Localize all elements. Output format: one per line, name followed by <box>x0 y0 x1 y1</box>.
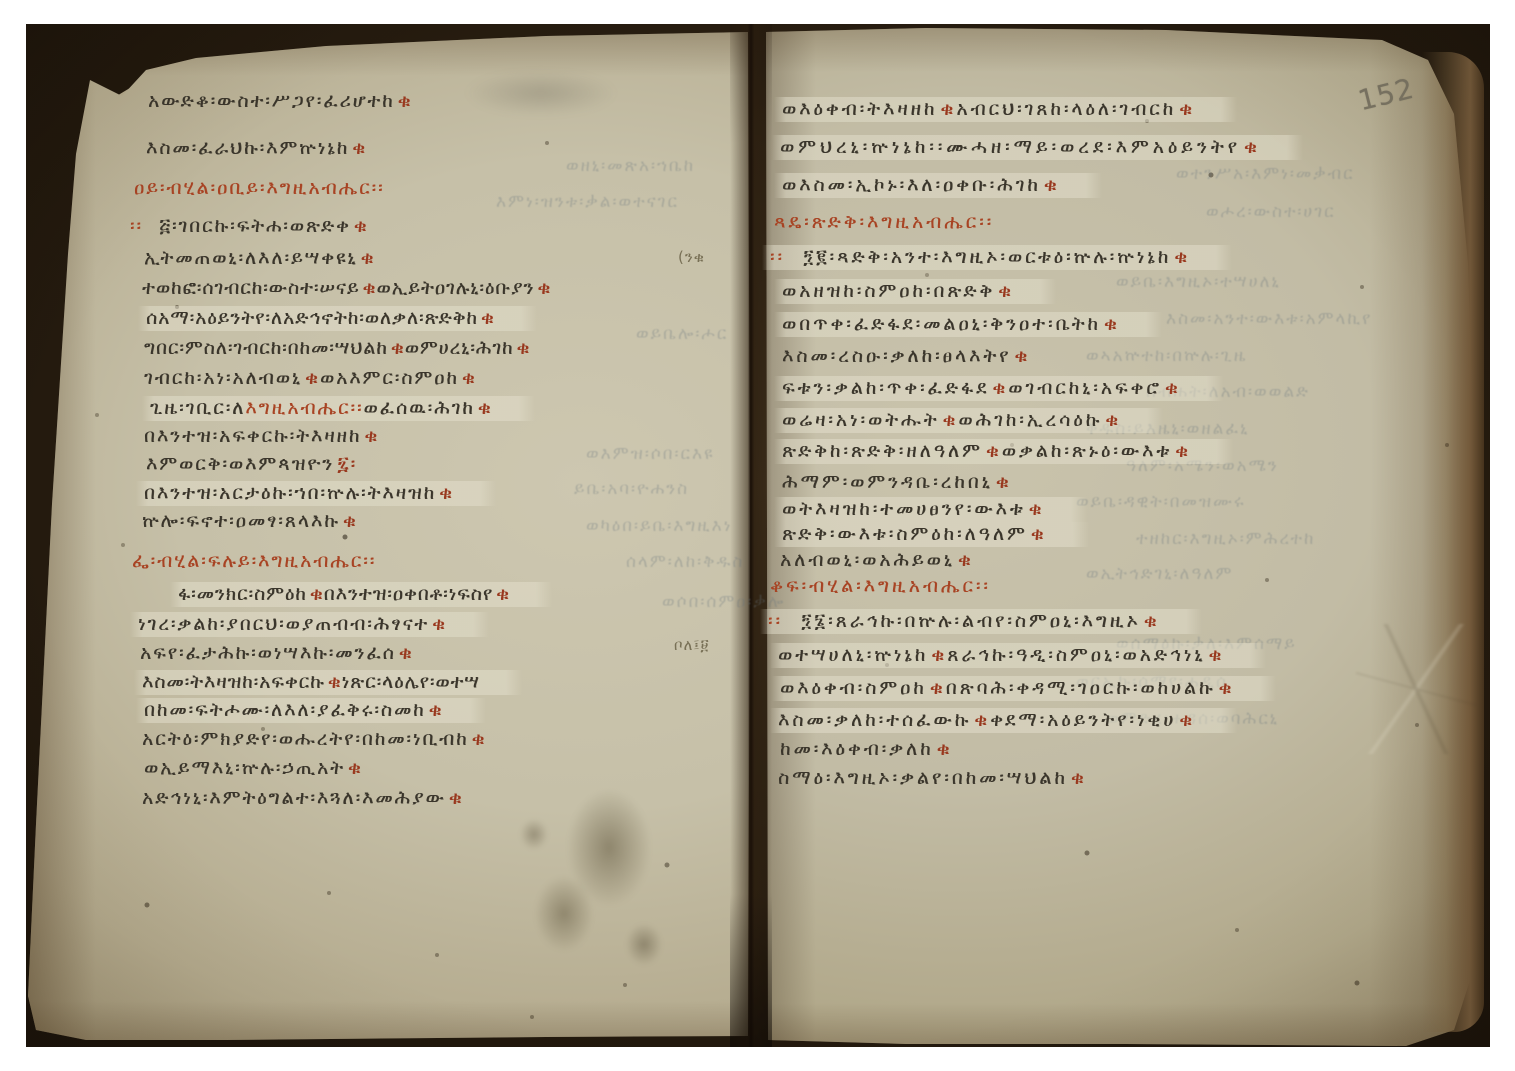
ink-text: ወቃልከ፡ጽኑዕ፡ውእቱ <box>1002 440 1172 462</box>
manuscript-text-line: በእንተዝ፡አፍቀርኩ፡ትእዛዘከቁ <box>144 427 379 446</box>
rubric-end-mark: ቁ <box>937 98 956 120</box>
manuscript-text-line: በእንተዝ፡አርታዕኩ፡ኀበ፡ኵሉ፡ትእዛዝከቁ <box>136 481 496 506</box>
bleedthrough-line: ይቤ፡አባ፡ዮሐንስ <box>574 479 689 499</box>
manuscript-text-line: ሕማም፡ወምንዳቤ፡ረከበኒቁ <box>782 473 1012 492</box>
rubric-end-mark: ቁ <box>993 471 1012 493</box>
rubric-end-mark: ቁ <box>1172 440 1191 462</box>
ink-text: ፺፮፡ጸራኅኩ፡በኵሉ፡ልብየ፡ስምዐኒ፡እግዚኦ <box>801 610 1141 632</box>
ink-text: በከመ፡ፍትሖሙ፡ለእለ፡ያፈቅሩ፡ስመከ <box>144 699 426 721</box>
speckles <box>26 24 28 26</box>
manuscript-text-line: ኵሎ፡ፍኖተ፡ዐመፃ፡ጸላእኩቁ <box>142 512 358 531</box>
ink-text: በጽባሕ፡ቀዳሚ፡ገዐርኩ፡ወከሀልኩ <box>946 677 1216 699</box>
ink-text: ወአዘዝከ፡ስምዐከ፡በጽድቅ <box>782 280 995 302</box>
manuscript-text-line: ፋ፡መንክር፡ስምዕከቁበእንተዝ፡ዐቀበቶ፡ነፍስየቁ <box>170 582 552 607</box>
manuscript-text-line: እስመ፡ትእዛዝከ፡አፍቀርኩቁነጽር፡ላዕሌየ፡ወተሣ <box>134 670 522 695</box>
rubric-end-mark: ቁ <box>307 583 324 605</box>
manuscript-text-line: ኢትመጠወኒ፡ለእለ፡ይሣቀዩኒቁ <box>144 249 376 268</box>
manuscript-text-line: ወምህረኒ፡ኵነኔከ፡፡ሙሓዘ፡ማይ፡ወረደ፡እምአዕይንትየቁ <box>772 135 1303 160</box>
manuscript-text-line: ፌ፡ብሂል፡ፍሉይ፡እግዚአብሔር፡፡ <box>132 552 376 571</box>
ink-text: ፺፪፡ጻድቅ፡አንተ፡እግዚኦ፡ወርቱዕ፡ኵሉ፡ኵነኔከ <box>803 246 1171 268</box>
ink-text: ሕማም፡ወምንዳቤ፡ረከበኒ <box>782 471 993 493</box>
ink-text: ወፈሰዉ፡ሕገከ <box>364 397 475 419</box>
rubric-end-mark: ቁ <box>429 613 447 635</box>
ink-text: ጸራኅኩ፡ዓዲ፡ስምዐኒ፡ወአድኅነኒ <box>947 644 1205 666</box>
ink-text: አለብወኒ፡ወአሕይወኒ <box>780 549 955 571</box>
ink-text: ስማዕ፡እግዚኦ፡ቃልየ፡በከመ፡ሣህልከ <box>778 767 1068 789</box>
ink-text: ወእስመ፡ኢኮኑ፡እለ፡ዐቀቡ፡ሕገከ <box>782 174 1041 196</box>
manuscript-text-line: ወሬዛ፡አነ፡ወትሑትቁወሕገከ፡ኢረሳዕኩቁ <box>774 408 1163 433</box>
ink-text: ጽድቅከ፡ጽድቅ፡ዘለዓለም <box>782 440 983 462</box>
bleedthrough-line: እስመ፡አንተ፡ውእቱ፡አምላኪየ <box>1166 309 1372 329</box>
manuscript-text-line: እስመ፡ረስዑ፡ቃለከ፡ፀላእትየቁ <box>782 347 1030 366</box>
rubric-end-mark: ቁ <box>340 510 358 532</box>
rubric-end-mark: ቁ <box>1101 313 1120 335</box>
rubric-end-mark: ቁ <box>475 397 493 419</box>
rubric-text: ጻዴ፡ጽድቅ፡እግዚአብሔር፡፡ <box>774 211 994 233</box>
rubric-end-mark: ቁ <box>928 644 947 666</box>
rubric-end-mark: ቁ <box>361 425 379 447</box>
ink-text: ተወከፎ፡ሰገብርከ፡ውስተ፡ሠናይ <box>142 277 360 299</box>
manuscript-text-line: ወእዕቀብ፡ትእዛዘከቁአብርህ፡ገጸከ፡ላዕለ፡ገብርከቁ <box>774 97 1237 122</box>
ink-text: አፍየ፡ፈታሕኩ፡ወነሣእኩ፡መንፈሰ <box>140 642 396 664</box>
ink-text: በእንተዝ፡ዐቀበቶ፡ነፍስየ <box>324 583 493 605</box>
ink-text: ወምህረኒ፡ኵነኔከ፡፡ሙሓዘ፡ማይ፡ወረደ፡እምአዕይንትየ <box>780 136 1241 158</box>
ink-text: ቀደማ፡አዕይንትየ፡ነቂሀ <box>990 709 1176 731</box>
margin-note: (ንቁ <box>678 248 705 266</box>
rubric-text: ፡፡ <box>130 215 159 237</box>
bleedthrough-line: ወይቤሎ፡ሖር <box>636 324 728 344</box>
bleedthrough-line: ወኣአኵተከ፡በኵሉ፡ጊዜ <box>1086 346 1247 366</box>
ink-text: ሰአማ፡አዕይንትየ፡ለአድኅኖትከ፡ወለቃለ፡ጽድቅከ <box>146 307 478 329</box>
ink-text: በእንተዝ፡አፍቀርኩ፡ትእዛዘከ <box>144 425 361 447</box>
margin-note: ቦለ፤፱ <box>674 636 710 654</box>
manuscript-text-line: ጽድቅከ፡ጽድቅ፡ዘለዓለምቁወቃልከ፡ጽኑዕ፡ውእቱቁ <box>774 439 1233 464</box>
ink-text: ወእዕቀብ፡ስምዐከ <box>780 677 927 699</box>
manuscript-text-line: ጽድቅ፡ውእቱ፡ስምዕከ፡ለዓለምቁ <box>774 522 1089 547</box>
rubric-end-mark: ቁ <box>478 307 495 329</box>
manuscript-text-line: ፡፡ ፺፮፡ጸራኅኩ፡በኵሉ፡ልብየ፡ስምዐኒ፡እግዚኦቁ <box>760 609 1202 634</box>
rubric-end-mark: ቁ <box>349 137 367 159</box>
ink-text: እስመ፡ፈራህኩ፡እምኵነኔከ <box>146 137 349 159</box>
rubric-end-mark: ቁ <box>939 409 958 431</box>
rubric-end-mark: ቁ <box>1162 377 1181 399</box>
rubric-end-mark: ቁ <box>1102 409 1121 431</box>
rubric-end-mark: ቁ <box>493 583 510 605</box>
rubric-end-mark: ቁ <box>345 757 363 779</box>
ink-text: ፋ፡መንክር፡ስምዕከ <box>178 583 307 605</box>
rubric-end-mark: ቁ <box>971 709 990 731</box>
ink-text: ወሬዛ፡አነ፡ወትሑት <box>782 409 939 431</box>
ink-text: ወሕገከ፡ኢረሳዕኩ <box>958 409 1102 431</box>
rubric-end-mark: ቁ <box>1041 174 1060 196</box>
bleedthrough-line: እምነ፡ዝንቱ፡ቃል፡ወተናገር <box>496 192 679 212</box>
manuscript-text-line: ፡፡ ፺፪፡ጻድቅ፡አንተ፡እግዚኦ፡ወርቱዕ፡ኵሉ፡ኵነኔከቁ <box>762 245 1232 270</box>
bleedthrough-line: ወተንሥአ፡እምነ፡መቃብር <box>1176 164 1355 184</box>
rubric-end-mark: ቁ <box>358 247 376 269</box>
rubric-end-mark: ቁ <box>396 642 414 664</box>
speckles <box>26 24 28 26</box>
rubric-end-mark: ቁ <box>989 377 1008 399</box>
rubric-end-mark: ቁ <box>1241 136 1261 158</box>
manuscript-text-line: ወእስመ፡ኢኮኑ፡እለ፡ዐቀቡ፡ሕገከቁ <box>774 173 1102 198</box>
bleedthrough-line: ወእምዝ፡ሶበ፡ርእዩ <box>586 444 715 464</box>
manuscript-text-line: ወእዕቀብ፡ስምዐከቁበጽባሕ፡ቀዳሚ፡ገዐርኩ፡ወከሀልኩቁ <box>772 676 1276 701</box>
rubric-end-mark: ቁ <box>927 677 946 699</box>
rubric-text: ፌ፡ብሂል፡ፍሉይ፡እግዚአብሔር፡፡ <box>132 550 376 572</box>
ink-text: ኢትመጠወኒ፡ለእለ፡ይሣቀዩኒ <box>144 247 358 269</box>
ink-text: አብርህ፡ገጸከ፡ላዕለ፡ገብርከ <box>956 98 1176 120</box>
ink-text: ገብርከ፡አነ፡አለብወኒ <box>144 367 302 389</box>
manuscript-text-line: ወተሣሀለኒ፡ኵነኔከቁጸራኅኩ፡ዓዲ፡ስምዐኒ፡ወአድኅነኒቁ <box>770 643 1266 668</box>
manuscript-text-line: አርትዕ፡ምክያድየ፡ወሑረትየ፡በከመ፡ነቢብከቁ <box>142 730 487 749</box>
manuscript-text-line: ግበር፡ምስለ፡ገብርከ፡በከመ፡ሣህልከቁወምሀረኒ፡ሕገከቁ <box>144 339 530 358</box>
manuscript-text-line: ስማዕ፡እግዚኦ፡ቃልየ፡በከመ፡ሣህልከቁ <box>778 769 1087 788</box>
ink-text: ወኢይማእኒ፡ኵሉ፡ኃጢአት <box>144 757 345 779</box>
rubric-end-mark: ቁ <box>1141 610 1160 632</box>
bleedthrough-line: ሰላም፡ለከ፡ቅዱስ <box>626 552 744 572</box>
manuscript-text-line: እስመ፡ቃለከ፡ተሰፈውኩቁቀደማ፡አዕይንትየ፡ነቂሀቁ <box>770 708 1237 733</box>
manuscript-text-line: በከመ፡ፍትሖሙ፡ለእለ፡ያፈቅሩ፡ስመከቁ <box>136 698 486 723</box>
ink-text: ነገረ፡ቃልከ፡ያበርህ፡ወያጠብብ፡ሕፃናተ <box>138 613 429 635</box>
rubric-end-mark: ቁ <box>446 787 464 809</box>
ink-text: አድኅነኒ፡እምትዕግልተ፡እጓለ፡እመሕያው <box>142 787 446 809</box>
ink-text: አውድቆ፡ውስተ፡ሥጋየ፡ፈሪሆተከ <box>148 90 395 112</box>
rubric-end-mark: ቁ <box>1011 345 1030 367</box>
bleedthrough-line: ወሖረ፡ውስተ፡ሀገር <box>1206 202 1336 222</box>
rubric-end-mark: ቁ <box>469 728 487 750</box>
bleedthrough-line: ወይቤ፡ዳዊት፡በመዝሙሩ <box>1076 492 1246 512</box>
manuscript-text-line: ወበጥቀ፡ፈድፋደ፡መልዐኒ፡ቅንዐተ፡ቤትከቁ <box>774 312 1162 337</box>
ink-text: ወገብርከኒ፡አፍቀሮ <box>1008 377 1162 399</box>
rubric-end-mark: ቁ <box>1171 246 1190 268</box>
bleedthrough-line: ወኢትኅድገኒ፡ለዓለም <box>1086 564 1233 584</box>
ink-text: ወበጥቀ፡ፈድፋደ፡መልዐኒ፡ቅንዐተ፡ቤትከ <box>782 313 1101 335</box>
ink-text: ከመ፡እዕቀብ፡ቃለከ <box>780 738 934 760</box>
manuscript-text-line: ከመ፡እዕቀብ፡ቃለከቁ <box>780 740 953 759</box>
rubric-end-mark: ቁ <box>995 280 1014 302</box>
ink-text: ወአእምር፡ስምዐከ <box>320 367 459 389</box>
rubric-end-mark: ፯፡ <box>334 453 357 475</box>
bleedthrough-line: ወይቤ፡እግዚኦ፡ተሣሀለኒ <box>1116 272 1281 292</box>
manuscript-text-line: ገብርከ፡አነ፡አለብወኒቁወአእምር፡ስምዐከቁ <box>144 369 477 388</box>
rubric-text: እግዚአብሔር፡፡ <box>245 397 363 419</box>
rubric-end-mark: ቁ <box>514 337 531 359</box>
bleedthrough-line: ወዘኒ፡መጽአ፡ኀቤከ <box>566 156 695 176</box>
rubric-end-mark: ቁ <box>351 215 369 237</box>
manuscript-photo: ወዘኒ፡መጽአ፡ኀቤከእምነ፡ዝንቱ፡ቃል፡ወተናገርወይቤሎ፡ሖርወእምዝ፡ሶ… <box>26 24 1490 1047</box>
rubric-end-mark: ቁ <box>459 367 477 389</box>
rubric-end-mark: ቁ <box>1026 498 1045 520</box>
manuscript-text-line: ፍቱን፡ቃልከ፡ጥቀ፡ፈድፋደቁወገብርከኒ፡አፍቀሮቁ <box>774 376 1223 401</box>
manuscript-text-line: ቆፍ፡ብሂል፡እግዚአብሔር፡፡ <box>770 577 991 596</box>
rubric-end-mark: ቁ <box>1028 523 1047 545</box>
rubric-end-mark: ቁ <box>302 367 320 389</box>
manuscript-text-line: ወአዘዝከ፡ስምዐከ፡በጽድቅቁ <box>774 279 1056 304</box>
ink-text: እስመ፡ቃለከ፡ተሰፈውኩ <box>778 709 971 731</box>
ink-text: ጊዜ፡ገቢር፡ለ <box>150 397 245 419</box>
ink-text: ፍቱን፡ቃልከ፡ጥቀ፡ፈድፋደ <box>782 377 989 399</box>
rubric-text: ፡፡ <box>768 610 801 632</box>
rubric-text: ዐይ፡ብሂል፡ዐቢይ፡እግዚአብሔር፡፡ <box>134 177 385 199</box>
ink-text: ወኢይትዐገሉኒ፡ዕቡያን <box>376 277 534 299</box>
manuscript-text-line: ወትእዛዝከ፡ተመሀፀንየ፡ውእቱቁ <box>774 497 1087 522</box>
ink-text: እስመ፡ረስዑ፡ቃለከ፡ፀላእትየ <box>782 345 1011 367</box>
ink-text: ወምሀረኒ፡ሕገከ <box>405 337 514 359</box>
manuscript-text-line: ጻዴ፡ጽድቅ፡እግዚአብሔር፡፡ <box>774 213 994 232</box>
ink-text: ነጽር፡ላዕሌየ፡ወተሣ <box>342 671 480 693</box>
manuscript-text-line: እምወርቅ፡ወእምጳዝዮን፯፡ <box>146 455 357 474</box>
manuscript-text-line: አድኅነኒ፡እምትዕግልተ፡እጓለ፡እመሕያውቁ <box>142 789 464 808</box>
rubric-end-mark: ቁ <box>436 482 454 504</box>
rubric-end-mark: ቁ <box>395 90 413 112</box>
rubric-text: ቆፍ፡ብሂል፡እግዚአብሔር፡፡ <box>770 575 991 597</box>
rubric-end-mark: ቁ <box>1176 709 1195 731</box>
ink-text: ጽድቅ፡ውእቱ፡ስምዕከ፡ለዓለም <box>782 523 1028 545</box>
rubric-end-mark: ቁ <box>955 549 974 571</box>
rubric-end-mark: ቁ <box>983 440 1002 462</box>
ink-text: ወተሣሀለኒ፡ኵነኔከ <box>778 644 928 666</box>
rubric-text: ፡፡ <box>770 246 803 268</box>
ink-text: በእንተዝ፡አርታዕኩ፡ኀበ፡ኵሉ፡ትእዛዝከ <box>144 482 436 504</box>
rubric-end-mark: ቁ <box>1176 98 1195 120</box>
manuscript-text-line: አውድቆ፡ውስተ፡ሥጋየ፡ፈሪሆተከቁ <box>148 92 413 111</box>
ink-text: ወትእዛዝከ፡ተመሀፀንየ፡ውእቱ <box>782 498 1026 520</box>
rubric-end-mark: ቁ <box>1205 644 1224 666</box>
rubric-end-mark: ቁ <box>1068 767 1087 789</box>
ink-text: ኵሎ፡ፍኖተ፡ዐመፃ፡ጸላእኩ <box>142 510 340 532</box>
manuscript-text-line: ወኢይማእኒ፡ኵሉ፡ኃጢአትቁ <box>144 759 363 778</box>
ink-text: እስመ፡ትእዛዝከ፡አፍቀርኩ <box>142 671 325 693</box>
rubric-end-mark: ቁ <box>360 277 377 299</box>
rubric-end-mark: ቁ <box>426 699 444 721</box>
ink-text: ግበር፡ምስለ፡ገብርከ፡በከመ፡ሣህልከ <box>144 337 388 359</box>
manuscript-text-line: ተወከፎ፡ሰገብርከ፡ውስተ፡ሠናይቁወኢይትዐገሉኒ፡ዕቡያንቁ <box>142 279 551 298</box>
ink-text: አርትዕ፡ምክያድየ፡ወሑረትየ፡በከመ፡ነቢብከ <box>142 728 469 750</box>
manuscript-text-line: ዐይ፡ብሂል፡ዐቢይ፡እግዚአብሔር፡፡ <box>134 179 385 198</box>
rubric-end-mark: ቁ <box>325 671 342 693</box>
manuscript-text-line: ፡፡ ፭፡ገበርኩ፡ፍትሐ፡ወጽድቀቁ <box>130 217 369 236</box>
rubric-end-mark: ቁ <box>534 277 551 299</box>
manuscript-text-line: ነገረ፡ቃልከ፡ያበርህ፡ወያጠብብ፡ሕፃናተቁ <box>130 612 489 637</box>
manuscript-text-line: አፍየ፡ፈታሕኩ፡ወነሣእኩ፡መንፈሰቁ <box>140 644 414 663</box>
rubric-end-mark: ቁ <box>388 337 405 359</box>
manuscript-text-line: ሰአማ፡አዕይንትየ፡ለአድኅኖትከ፡ወለቃለ፡ጽድቅከቁ <box>138 306 537 331</box>
rubric-end-mark: ቁ <box>934 738 953 760</box>
ink-text: ፭፡ገበርኩ፡ፍትሐ፡ወጽድቀ <box>159 215 351 237</box>
manuscript-text-line: እስመ፡ፈራህኩ፡እምኵነኔከቁ <box>146 139 367 158</box>
manuscript-text-line: አለብወኒ፡ወአሕይወኒቁ <box>780 551 974 570</box>
ink-text: እምወርቅ፡ወእምጳዝዮን <box>146 453 334 475</box>
ink-text: ወእዕቀብ፡ትእዛዘከ <box>782 98 937 120</box>
bleedthrough-line: ወካዕበ፡ይቤ፡እግዚእነ <box>586 516 732 536</box>
rubric-end-mark: ቁ <box>1216 677 1235 699</box>
bleedthrough-line: ተዘከር፡እግዚኦ፡ምሕረተከ <box>1136 529 1315 549</box>
manuscript-text-line: ጊዜ፡ገቢር፡ለእግዚአብሔር፡፡ወፈሰዉ፡ሕገከቁ <box>142 396 535 421</box>
